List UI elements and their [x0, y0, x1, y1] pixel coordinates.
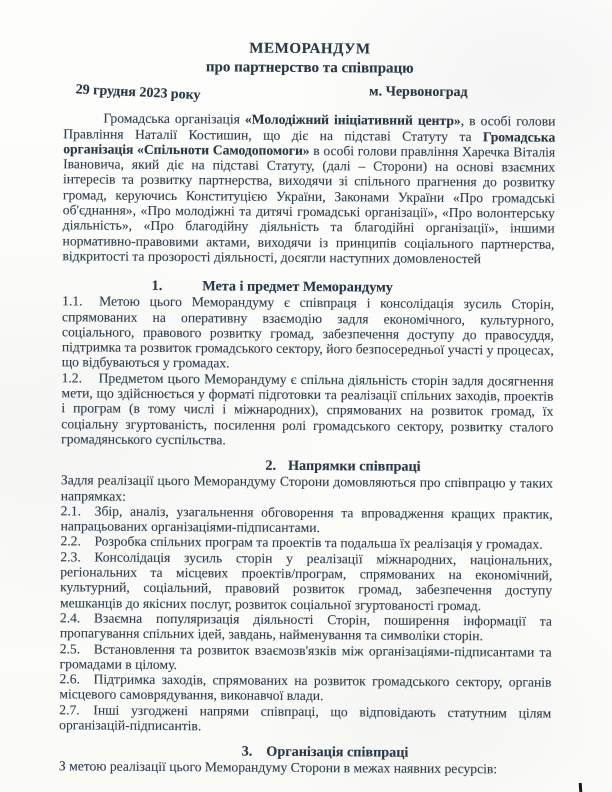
clause-2-1-number: 2.1.: [61, 503, 95, 519]
section-3-number: 3.: [242, 744, 253, 760]
clause-2-5-number: 2.5.: [60, 641, 94, 657]
document-page: МЕМОРАНДУМ про партнерство та співпрацю …: [0, 0, 612, 792]
section-2-number: 2.: [265, 458, 276, 474]
clause-2-1-text: Збір, аналіз, узагальнення обговорення т…: [61, 503, 553, 535]
clause-2-5-text: Встановлення та розвиток взаємозв'язків …: [60, 641, 552, 672]
clause-1-1-number: 1.1.: [62, 294, 99, 310]
clause-2-4: 2.4.Взаємна популяризація діяльності Сто…: [60, 610, 552, 644]
section-2-title: Напрямки співпраці: [288, 458, 421, 475]
section-2-intro: Задля реалізації цього Меморандуму Сторо…: [61, 473, 553, 507]
clause-1-1: 1.1.Метою цього Меморандуму є співпраця …: [62, 294, 555, 374]
clause-2-1: 2.1.Збір, аналіз, узагальнення обговорен…: [61, 503, 553, 537]
document-date: 29 грудня 2023 року: [75, 82, 201, 103]
preamble-segment: Громадська організація: [103, 111, 245, 127]
clause-1-2-text: Предметом цього Меморандуму є спільна ді…: [61, 370, 554, 447]
clause-2-7: 2.7.Інші узгоджені напрями співпраці, що…: [59, 702, 551, 736]
clause-2-6: 2.6.Підтримка заходів, спрямованих на ро…: [59, 671, 551, 705]
section-3: 3.Організація співпраці З метою реалізац…: [59, 743, 551, 778]
clause-2-3-number: 2.3.: [60, 549, 94, 565]
section-3-title: Організація співпраці: [266, 744, 408, 761]
clause-2-3: 2.3.Консолідація зусиль сторін у реаліза…: [60, 549, 552, 614]
section-2-heading: 2.Напрямки співпраці: [97, 457, 589, 476]
clause-1-2: 1.2.Предметом цього Меморандуму є спільн…: [61, 370, 554, 450]
preamble-segment: в особі голови правління Харечка Віталія…: [62, 143, 555, 266]
clause-2-4-text: Взаємна популяризація діяльності Сторін,…: [60, 610, 552, 643]
clause-2-7-text: Інші узгоджені напрями співпраці, що від…: [59, 702, 551, 733]
clause-1-1-text: Метою цього Меморандуму є співпраця і ко…: [62, 294, 555, 371]
section-2: 2.Напрямки співпраці Задля реалізації ць…: [59, 457, 553, 736]
section-1-title: Мета і предмет Меморандуму: [202, 279, 393, 296]
clause-1-2-number: 1.2.: [62, 370, 99, 386]
document-place: м. Червоноград: [369, 84, 556, 101]
clause-2-6-text: Підтримка заходів, спрямованих на розвит…: [59, 672, 551, 704]
preamble-segment-org-1: «Молодіжний ініціативний центр»: [245, 112, 461, 129]
preamble-paragraph: Громадська організація «Молодіжний ініці…: [62, 111, 555, 267]
dateline: 29 грудня 2023 року м. Червоноград: [64, 82, 556, 101]
document-subtitle: про партнерство та співпрацю: [64, 57, 556, 78]
document-content: МЕМОРАНДУМ про партнерство та співпрацю …: [59, 38, 556, 777]
section-1-number: 1.: [152, 278, 163, 294]
clause-2-5: 2.5.Встановлення та розвиток взаємозв'яз…: [60, 641, 552, 675]
clause-2-2-number: 2.2.: [60, 534, 94, 550]
section-3-heading: 3.Організація співпраці: [79, 743, 571, 762]
scan-artifact-mark: [579, 783, 583, 792]
clause-2-7-number: 2.7.: [59, 702, 93, 718]
section-1: 1.Мета і предмет Меморандуму 1.1.Метою ц…: [61, 278, 554, 450]
section-1-heading: 1.Мета і предмет Меморандуму: [26, 277, 518, 296]
clause-2-6-number: 2.6.: [59, 671, 93, 687]
clause-2-3-text: Консолідація зусиль сторін у реалізації …: [60, 549, 552, 613]
clause-2-4-number: 2.4.: [60, 610, 94, 626]
